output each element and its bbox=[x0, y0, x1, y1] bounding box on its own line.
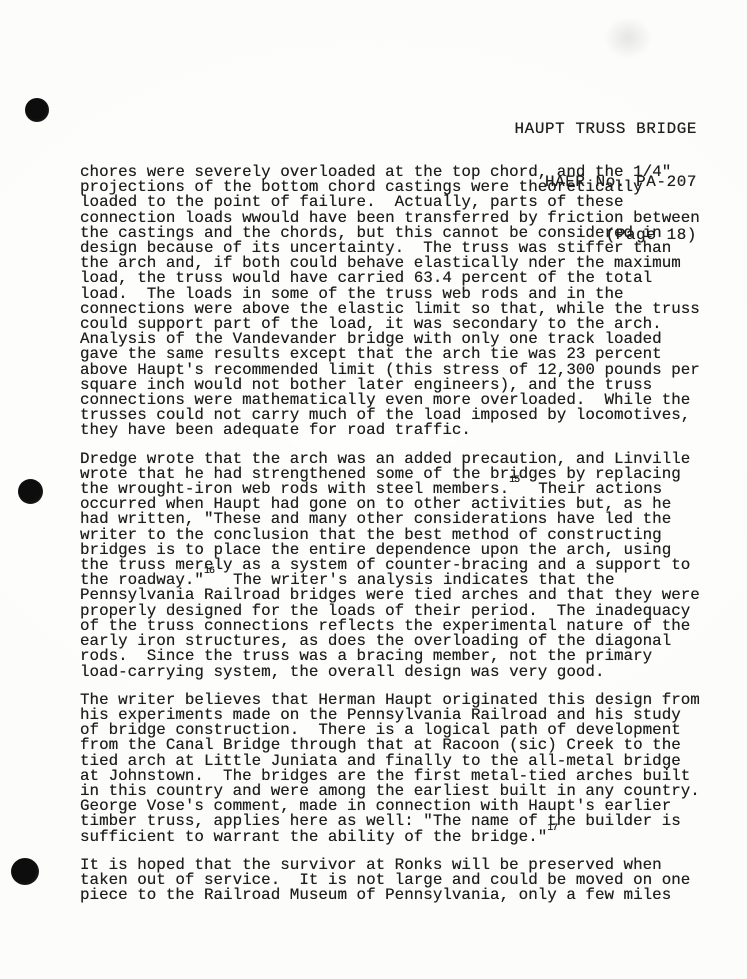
footnote-reference: 17 bbox=[547, 823, 557, 834]
hole-punch-bottom bbox=[11, 858, 39, 885]
footnote-reference: 16 bbox=[204, 566, 214, 577]
text-line: load-carrying system, the overall design… bbox=[80, 665, 720, 680]
hole-punch-middle bbox=[18, 479, 43, 504]
header-title: HAUPT TRUSS BRIDGE bbox=[515, 121, 697, 139]
paragraph: Dredge wrote that the arch was an added … bbox=[80, 452, 720, 680]
text-line: sufficient to warrant the ability of the… bbox=[80, 830, 720, 845]
paragraph: chores were severely overloaded at the t… bbox=[80, 165, 720, 439]
footnote-reference: 15 bbox=[509, 475, 519, 486]
text-line: they have been adequate for road traffic… bbox=[80, 423, 720, 438]
hole-punch-top bbox=[25, 98, 49, 122]
document-page: HAUPT TRUSS BRIDGE HAER No. PA-207 (Page… bbox=[0, 0, 747, 979]
scan-smudge bbox=[603, 16, 653, 60]
text-line: piece to the Railroad Museum of Pennsylv… bbox=[80, 888, 720, 903]
document-body: chores were severely overloaded at the t… bbox=[80, 165, 720, 916]
paragraph: The writer believes that Herman Haupt or… bbox=[80, 693, 720, 845]
paragraph: It is hoped that the survivor at Ronks w… bbox=[80, 858, 720, 904]
